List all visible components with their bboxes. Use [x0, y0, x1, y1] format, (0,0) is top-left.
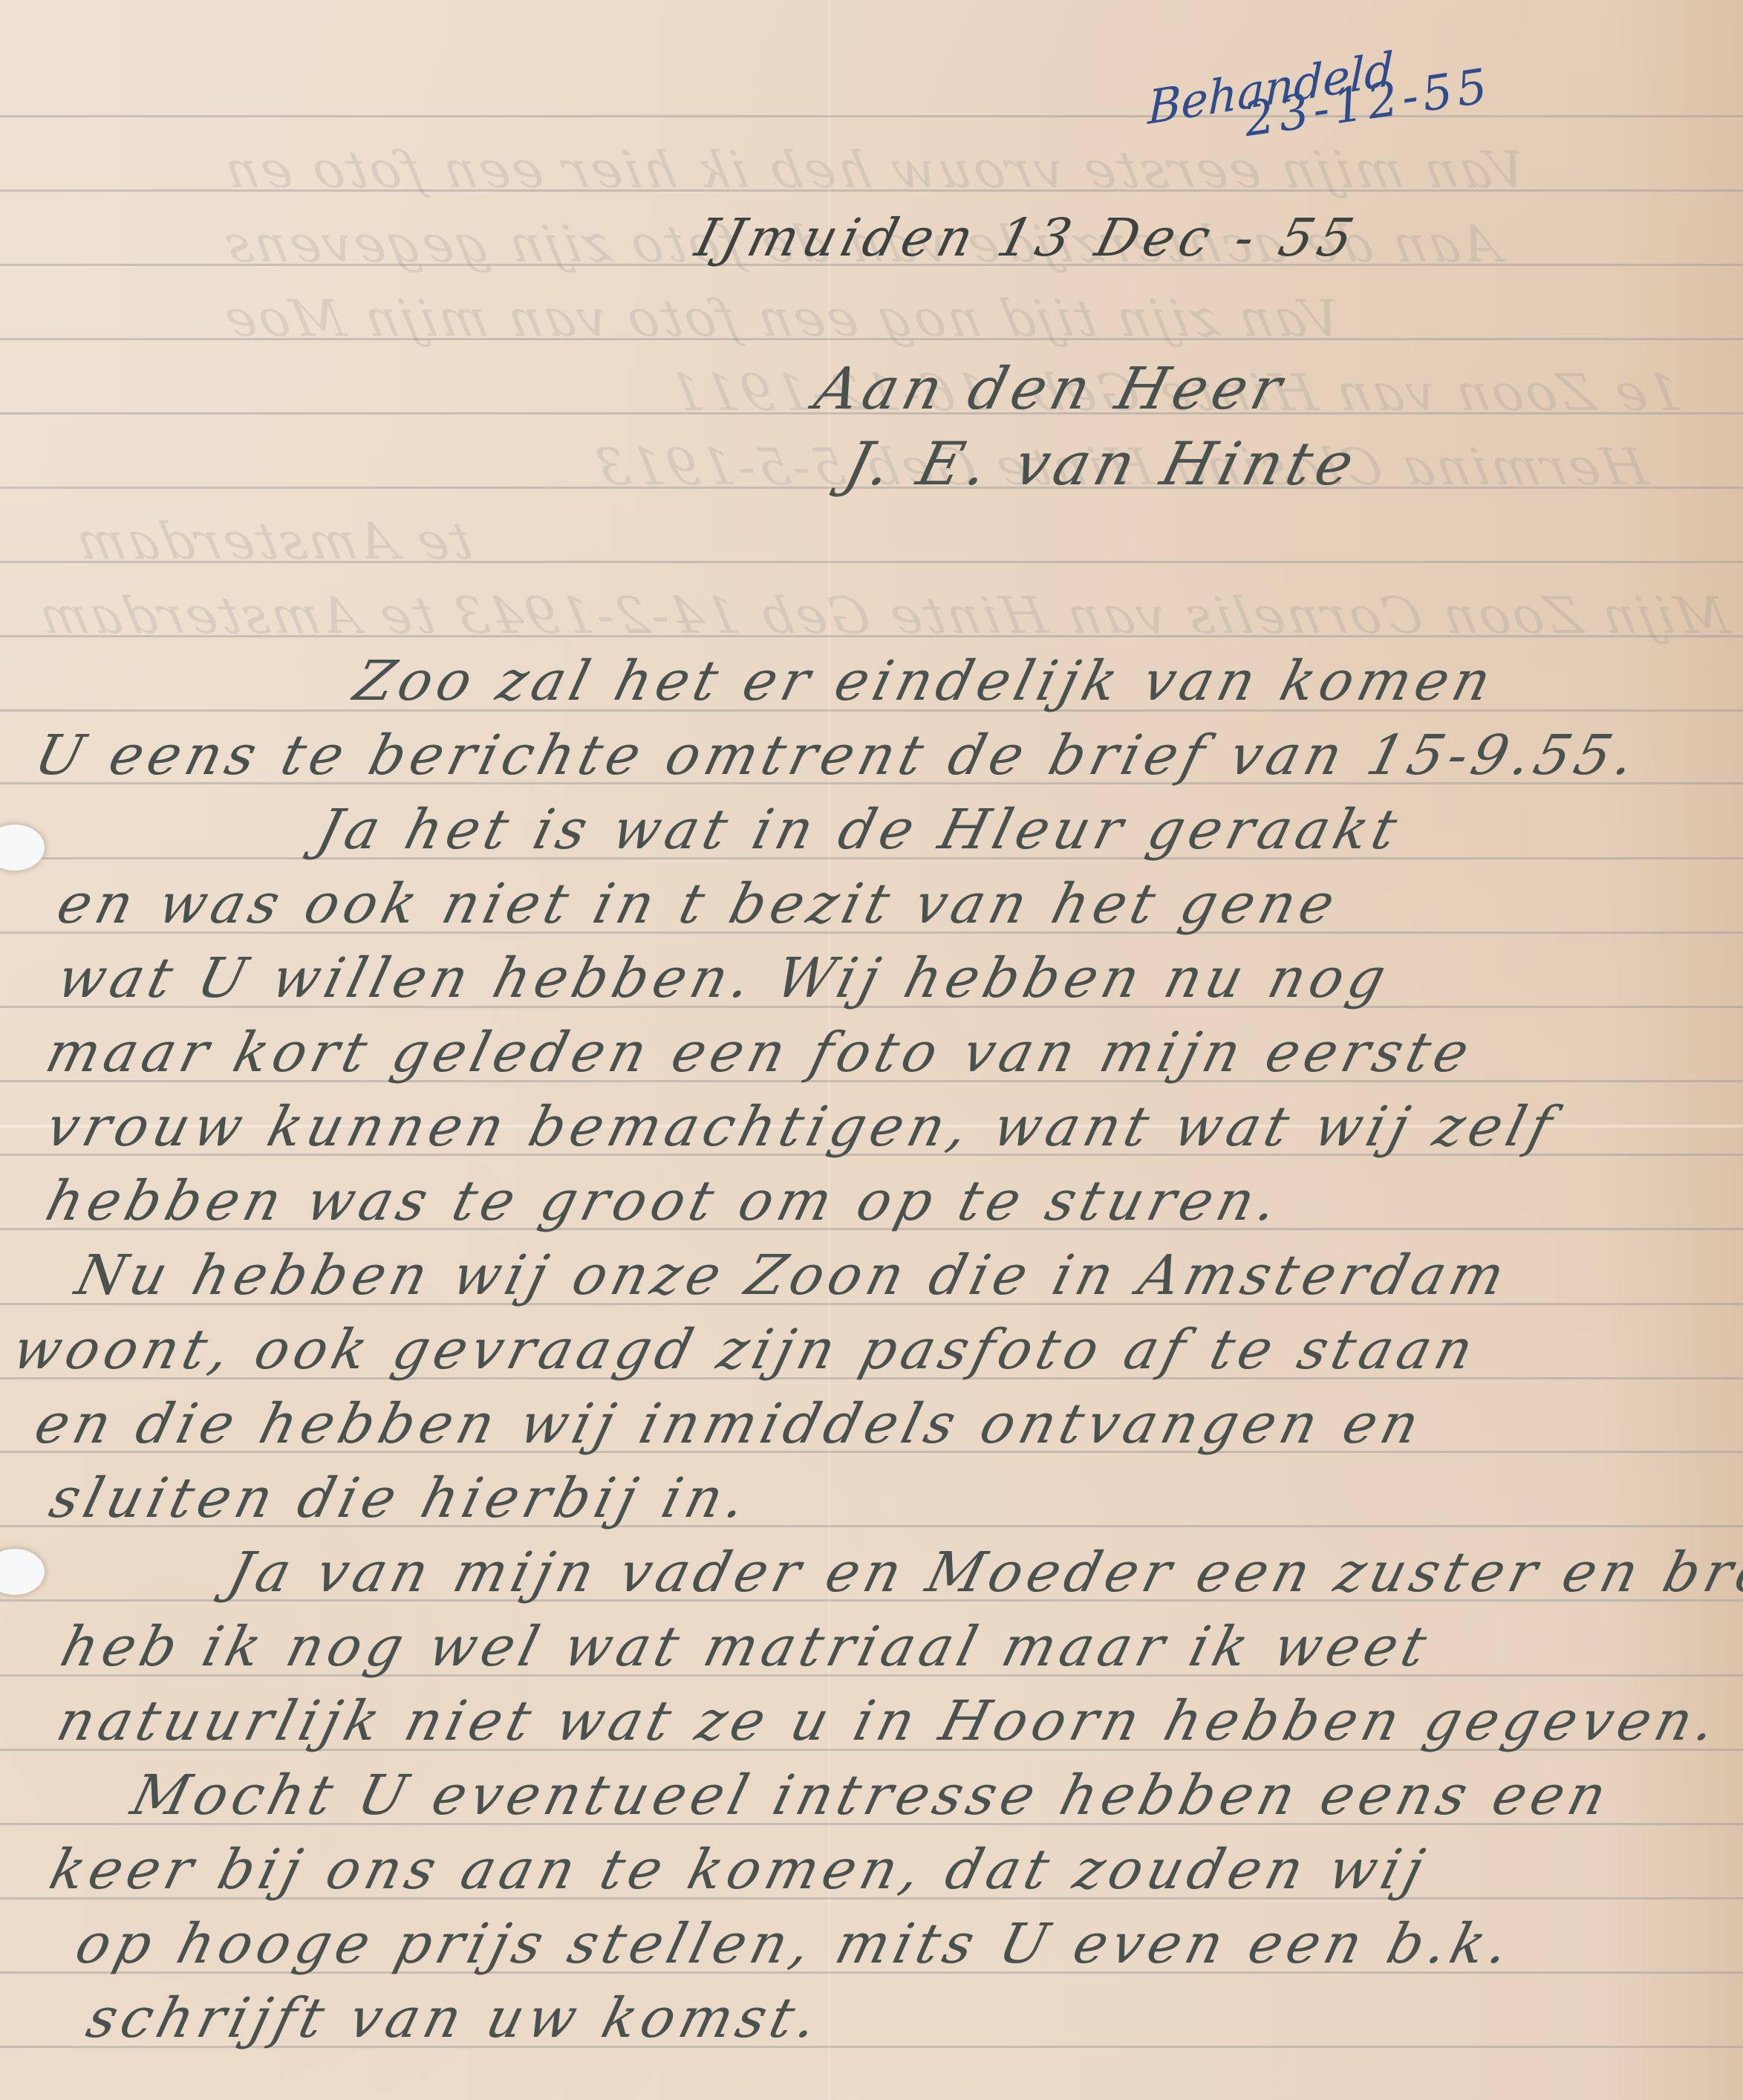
place-and-date: IJmuiden 13 Dec - 55 [691, 212, 1364, 264]
letter-line: Ja het is wat in de Hleur geraakt [312, 802, 1407, 857]
salutation-line-1: Aan den Heer [809, 360, 1292, 418]
ruled-line [0, 115, 1743, 117]
letter-line: hebben was te groot om op te sturen. [41, 1174, 1288, 1229]
letter-line: schrijft van uw komst. [82, 1991, 828, 2046]
letter-line: vrouw kunnen bemachtigen, want wat wij z… [41, 1099, 1563, 1154]
letter-line: en was ook niet in t bezit van het gene [52, 877, 1345, 932]
bleed-through-text: Van zijn tijd nog een foto van mijn Moe [217, 290, 1346, 348]
recipient-name: J. E. van Hinte [839, 435, 1364, 494]
letter-line: sluiten die hierbij in. [45, 1471, 756, 1526]
letter-line: maar kort geleden een foto van mijn eers… [41, 1025, 1479, 1080]
letter-line: heb ik nog wel wat matriaal maar ik weet [56, 1619, 1436, 1674]
letter-line: U eens te berichte omtrent de brief van … [30, 728, 1645, 783]
letter-line: wat U willen hebben. Wij hebben nu nog [52, 951, 1396, 1006]
letter-line: Nu hebben wij onze Zoon die in Amsterdam [71, 1248, 1515, 1303]
letter-line: op hooge prijs stellen, mits U even een … [71, 1917, 1519, 1971]
bleed-through-text: Mijn Zoon Cornelis van Hinte Geb 14-2-19… [31, 587, 1735, 646]
letter-line: keer bij ons aan te komen, dat zouden wi… [45, 1842, 1434, 1897]
bleed-through-text: te Amsterdam [68, 513, 478, 571]
letter-line: en die hebben wij inmiddels ontvangen en [30, 1397, 1430, 1452]
letter-page: Van mijn eerste vrouw heb ik hier een fo… [0, 0, 1743, 2100]
letter-line: natuurlijk niet wat ze u in Hoorn hebben… [52, 1694, 1726, 1749]
letter-line: Ja van mijn vader en Moeder een zuster e… [223, 1545, 1743, 1600]
letter-line: Zoo zal het er eindelijk van komen [349, 654, 1501, 709]
bleed-through-text: Van mijn eerste vrouw heb ik hier een fo… [217, 141, 1531, 200]
punch-hole [0, 1549, 45, 1595]
punch-hole [0, 825, 45, 871]
letter-line: Mocht U eventueel intresse hebben eens e… [126, 1768, 1617, 1823]
letter-line: woont, ook gevraagd zijn pasfoto af te s… [7, 1322, 1483, 1377]
